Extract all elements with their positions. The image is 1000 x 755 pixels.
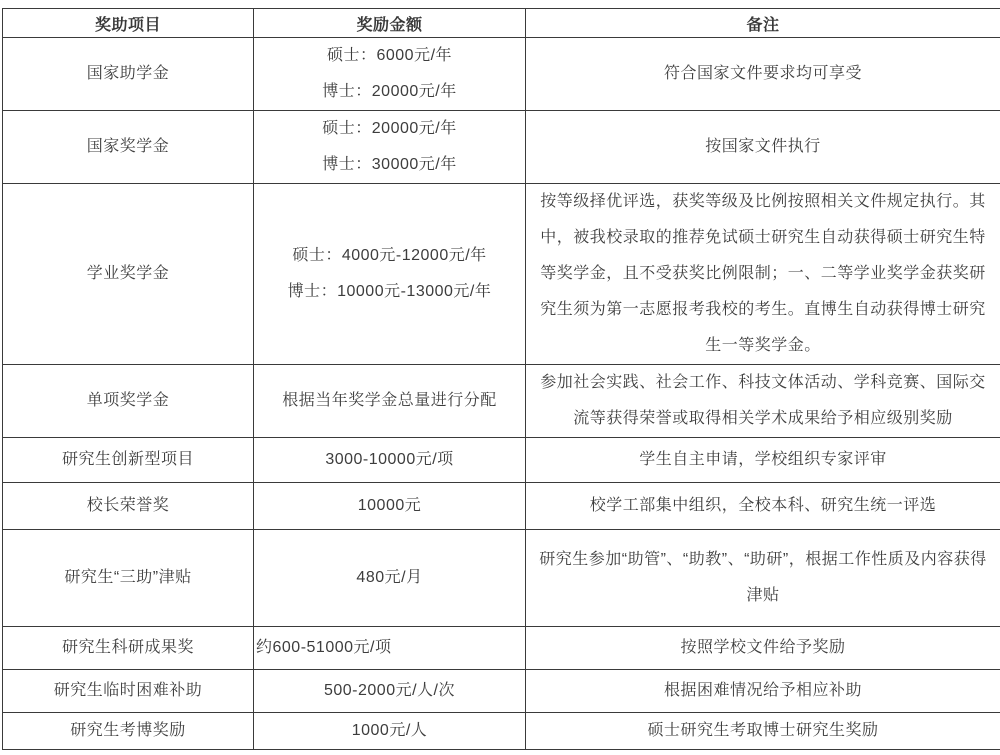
table-row: 国家奖学金 硕士：20000元/年 博士：30000元/年 按国家文件执行 (3, 111, 1000, 184)
amount-cell: 10000元 (254, 483, 526, 530)
table-row: 学业奖学金 硕士：4000元-12000元/年 博士：10000元-13000元… (3, 184, 1000, 365)
amount-cell: 硕士：20000元/年 博士：30000元/年 (254, 111, 526, 184)
note-cell: 按照学校文件给予奖励 (526, 627, 1000, 670)
project-cell: 校长荣誉奖 (3, 483, 254, 530)
project-cell: 学业奖学金 (3, 184, 254, 365)
scholarship-table-container: 奖助项目 奖励金额 备注 国家助学金 硕士：6000元/年 博士：20000元/… (0, 0, 1000, 750)
note-cell: 根据困难情况给予相应补助 (526, 670, 1000, 713)
amount-cell: 480元/月 (254, 530, 526, 627)
project-cell: 研究生创新型项目 (3, 438, 254, 483)
amount-cell: 硕士：4000元-12000元/年 博士：10000元-13000元/年 (254, 184, 526, 365)
amount-cell: 约600-51000元/项 (254, 627, 526, 670)
table-row: 研究生科研成果奖 约600-51000元/项 按照学校文件给予奖励 (3, 627, 1000, 670)
table-row: 校长荣誉奖 10000元 校学工部集中组织，全校本科、研究生统一评选 (3, 483, 1000, 530)
table-header-row: 奖助项目 奖励金额 备注 (3, 9, 1000, 38)
project-cell: 单项奖学金 (3, 365, 254, 438)
amount-line: 硕士：4000元-12000元/年 (262, 238, 517, 274)
note-cell: 学生自主申请，学校组织专家评审 (526, 438, 1000, 483)
project-cell: 研究生考博奖励 (3, 713, 254, 750)
amount-line: 博士：20000元/年 (262, 74, 517, 110)
amount-line: 博士：30000元/年 (262, 147, 517, 183)
table-row: 研究生“三助”津贴 480元/月 研究生参加“助管”、“助教”、“助研”，根据工… (3, 530, 1000, 627)
header-note: 备注 (526, 9, 1000, 38)
table-row: 研究生考博奖励 1000元/人 硕士研究生考取博士研究生奖励 (3, 713, 1000, 750)
project-cell: 研究生科研成果奖 (3, 627, 254, 670)
note-cell: 按等级择优评选，获奖等级及比例按照相关文件规定执行。其中，被我校录取的推荐免试硕… (526, 184, 1000, 365)
note-cell: 校学工部集中组织，全校本科、研究生统一评选 (526, 483, 1000, 530)
table-row: 单项奖学金 根据当年奖学金总量进行分配 参加社会实践、社会工作、科技文体活动、学… (3, 365, 1000, 438)
amount-line: 硕士：20000元/年 (262, 111, 517, 147)
header-amount: 奖励金额 (254, 9, 526, 38)
project-cell: 研究生临时困难补助 (3, 670, 254, 713)
scholarship-table: 奖助项目 奖励金额 备注 国家助学金 硕士：6000元/年 博士：20000元/… (2, 8, 1000, 750)
note-cell: 硕士研究生考取博士研究生奖励 (526, 713, 1000, 750)
amount-cell: 500-2000元/人/次 (254, 670, 526, 713)
table-row: 国家助学金 硕士：6000元/年 博士：20000元/年 符合国家文件要求均可享… (3, 38, 1000, 111)
header-project: 奖助项目 (3, 9, 254, 38)
amount-line: 硕士：6000元/年 (262, 38, 517, 74)
table-row: 研究生创新型项目 3000-10000元/项 学生自主申请，学校组织专家评审 (3, 438, 1000, 483)
note-cell: 参加社会实践、社会工作、科技文体活动、学科竞赛、国际交流等获得荣誉或取得相关学术… (526, 365, 1000, 438)
note-cell: 研究生参加“助管”、“助教”、“助研”，根据工作性质及内容获得津贴 (526, 530, 1000, 627)
amount-cell: 3000-10000元/项 (254, 438, 526, 483)
amount-cell: 硕士：6000元/年 博士：20000元/年 (254, 38, 526, 111)
project-cell: 国家奖学金 (3, 111, 254, 184)
project-cell: 国家助学金 (3, 38, 254, 111)
amount-cell: 1000元/人 (254, 713, 526, 750)
table-row: 研究生临时困难补助 500-2000元/人/次 根据困难情况给予相应补助 (3, 670, 1000, 713)
note-cell: 符合国家文件要求均可享受 (526, 38, 1000, 111)
note-cell: 按国家文件执行 (526, 111, 1000, 184)
amount-cell: 根据当年奖学金总量进行分配 (254, 365, 526, 438)
amount-line: 博士：10000元-13000元/年 (262, 274, 517, 310)
project-cell: 研究生“三助”津贴 (3, 530, 254, 627)
